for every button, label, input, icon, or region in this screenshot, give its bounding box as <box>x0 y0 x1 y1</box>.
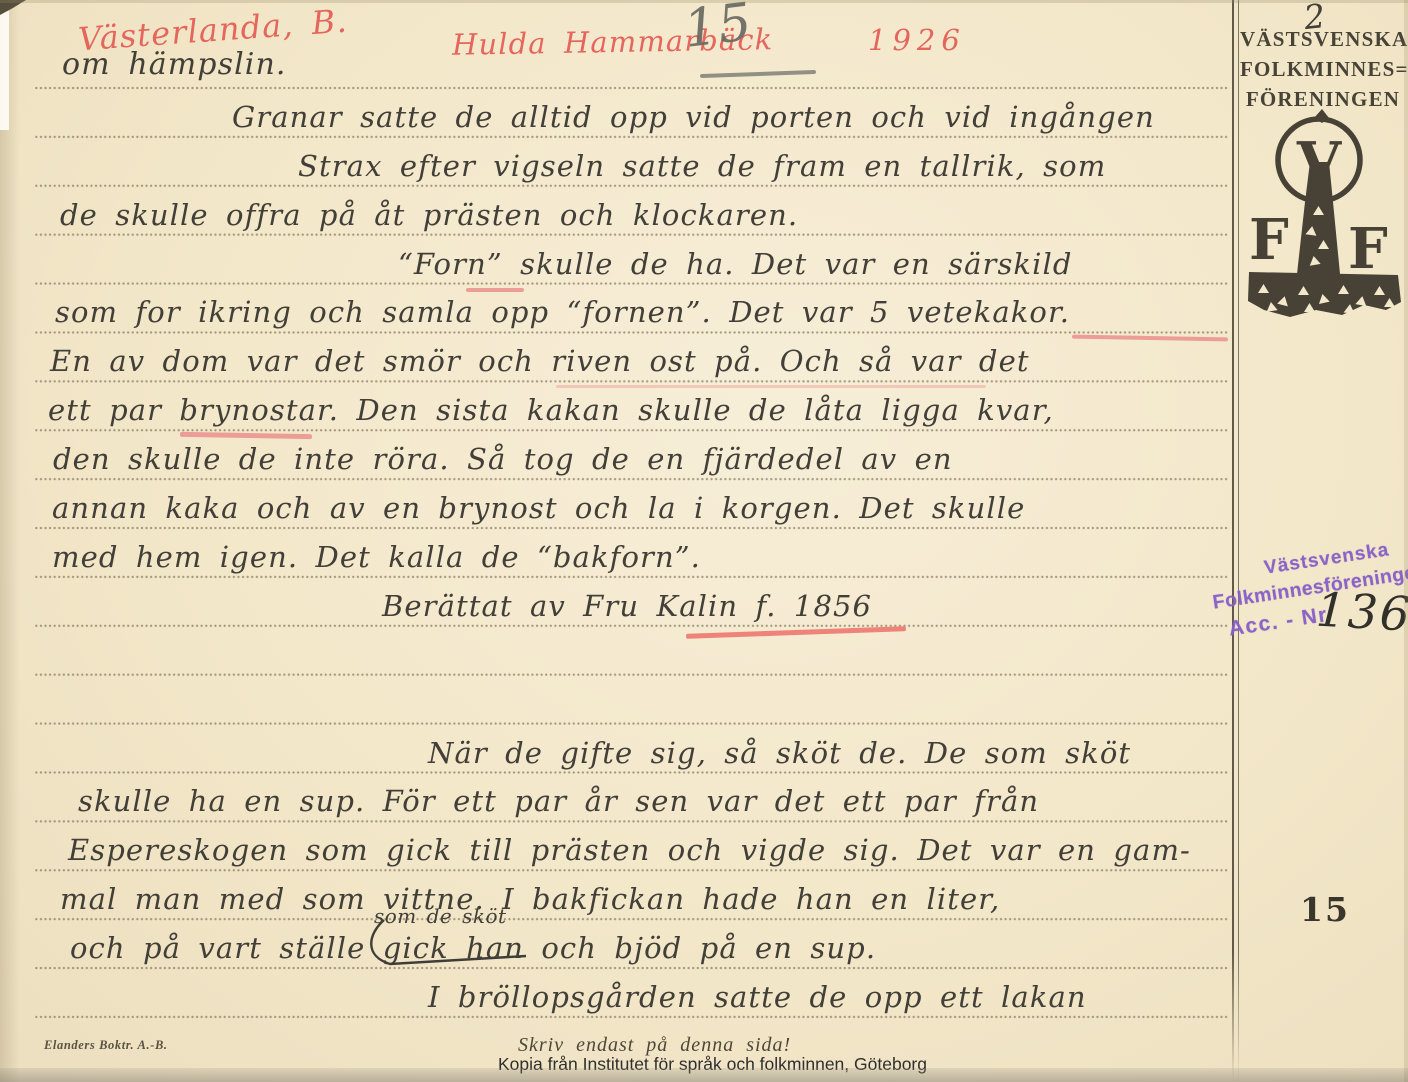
opening-line: om hämpslin. <box>62 50 287 80</box>
manuscript-line: annan kaka och av en brynost och la i ko… <box>52 494 1025 523</box>
logo-letter-f-left: F <box>1249 207 1289 273</box>
accession-number: 1369 <box>1315 583 1408 645</box>
year-annotation: 1926 <box>868 26 966 55</box>
manuscript-line: skulle ha en sup. För ett par år sen var… <box>78 787 1039 816</box>
manuscript-line: med hem igen. Det kalla de “bakforn”. <box>52 543 701 572</box>
red-underline <box>556 385 986 388</box>
printer-credit: Elanders Boktr. A.-B. <box>44 1038 168 1053</box>
manuscript-line: När de gifte sig, så sköt de. De som skö… <box>428 739 1131 768</box>
organization-name: VÄSTSVENSKA FOLKMINNES= FÖRENINGEN <box>1240 24 1406 114</box>
pencil-page-number: 15 <box>681 0 755 56</box>
manuscript-line: Granar satte de alltid opp vid porten oc… <box>232 103 1155 132</box>
pencil-underline <box>700 70 816 78</box>
manuscript-line: den skulle de inte röra. Så tog de en fj… <box>53 445 953 474</box>
insertion-caret-icon <box>362 918 542 970</box>
organization-name-line2: FOLKMINNES= <box>1240 54 1406 84</box>
archive-manuscript-page: Västerlanda, B. om hämpslin. Hulda Hamma… <box>0 0 1408 1082</box>
organization-name-line1: VÄSTSVENSKA <box>1240 24 1406 54</box>
printed-page-number: 15 <box>1300 890 1350 929</box>
scan-artifact-left-sliver <box>0 0 9 130</box>
red-underline <box>466 288 524 292</box>
manuscript-line: de skulle offra på åt prästen och klocka… <box>60 201 798 230</box>
scan-artifact-top-edge <box>0 0 1408 3</box>
logo-letter-f-right: F <box>1348 216 1388 282</box>
manuscript-line: mal man med som vittne. I bakfickan hade… <box>60 885 1000 914</box>
scan-artifact-bottom-edge <box>0 1068 1408 1082</box>
vff-thors-hammer-logo-icon: V F F <box>1246 106 1402 331</box>
scan-artifact-right-edge <box>1404 0 1408 1082</box>
manuscript-line: Berättat av Fru Kalin f. 1856 <box>382 592 872 621</box>
scan-artifact-left-shadow <box>0 0 20 1082</box>
manuscript-line: “Forn” skulle de ha. Det var en särskild <box>398 250 1073 279</box>
manuscript-line: Espereskogen som gick till prästen och v… <box>68 836 1191 865</box>
margin-rule-inner <box>1238 0 1240 1082</box>
manuscript-line: som for ikring och samla opp “fornen”. D… <box>55 298 1070 327</box>
manuscript-line: I bröllopsgården satte de opp ett lakan <box>428 983 1087 1012</box>
manuscript-line: ett par brynostar. Den sista kakan skull… <box>48 396 1054 425</box>
manuscript-line: Strax efter vigseln satte de fram en tal… <box>298 152 1106 181</box>
manuscript-line: En av dom var det smör och riven ost på.… <box>50 347 1030 376</box>
margin-rule-outer <box>1232 0 1234 1082</box>
